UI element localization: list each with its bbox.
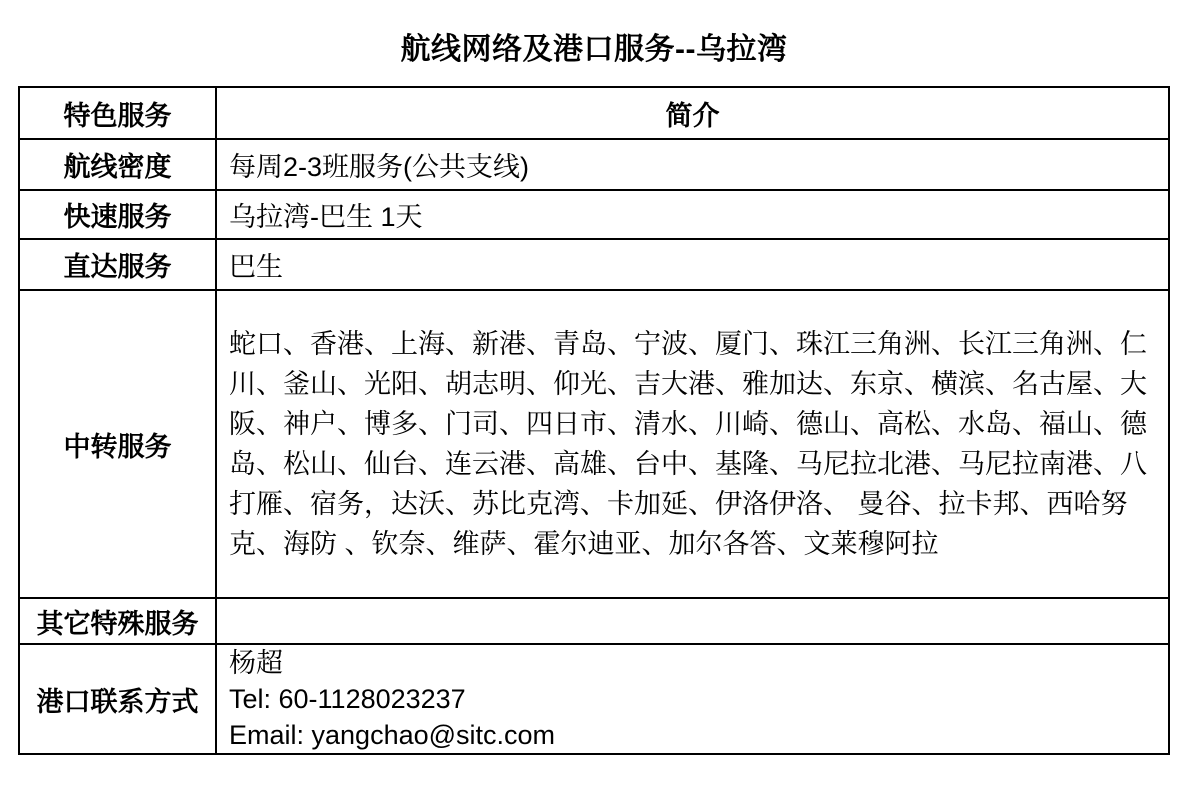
direct-service-label: 直达服务	[19, 239, 216, 290]
express-service-value: 乌拉湾-巴生 1天	[216, 190, 1169, 239]
transshipment-service-value: 蛇口、香港、上海、新港、青岛、宁波、厦门、珠江三角洲、长江三角洲、仁川、釜山、光…	[216, 290, 1169, 598]
row-direct-service: 直达服务 巴生	[19, 239, 1169, 290]
port-contact-label: 港口联系方式	[19, 644, 216, 754]
other-special-services-value	[216, 598, 1169, 644]
page: 航线网络及港口服务--乌拉湾 特色服务 简介 航线密度 每周2-3班服务(公共支…	[0, 0, 1188, 806]
contact-email: Email: yangchao@sitc.com	[229, 717, 1156, 753]
row-transshipment-service: 中转服务 蛇口、香港、上海、新港、青岛、宁波、厦门、珠江三角洲、长江三角洲、仁川…	[19, 290, 1169, 598]
other-special-services-label: 其它特殊服务	[19, 598, 216, 644]
direct-service-value: 巴生	[216, 239, 1169, 290]
row-route-density: 航线密度 每周2-3班服务(公共支线)	[19, 139, 1169, 190]
header-row: 特色服务 简介	[19, 87, 1169, 139]
route-density-label: 航线密度	[19, 139, 216, 190]
route-density-value: 每周2-3班服务(公共支线)	[216, 139, 1169, 190]
service-table: 特色服务 简介 航线密度 每周2-3班服务(公共支线) 快速服务 乌拉湾-巴生 …	[18, 86, 1170, 755]
row-express-service: 快速服务 乌拉湾-巴生 1天	[19, 190, 1169, 239]
transshipment-service-label: 中转服务	[19, 290, 216, 598]
page-title: 航线网络及港口服务--乌拉湾	[0, 0, 1188, 68]
contact-tel: Tel: 60-1128023237	[229, 681, 1156, 717]
row-port-contact: 港口联系方式 杨超 Tel: 60-1128023237 Email: yang…	[19, 644, 1169, 754]
header-introduction: 简介	[216, 87, 1169, 139]
contact-name: 杨超	[229, 645, 1156, 681]
row-other-special-services: 其它特殊服务	[19, 598, 1169, 644]
header-feature-services: 特色服务	[19, 87, 216, 139]
port-contact-value: 杨超 Tel: 60-1128023237 Email: yangchao@si…	[216, 644, 1169, 754]
express-service-label: 快速服务	[19, 190, 216, 239]
